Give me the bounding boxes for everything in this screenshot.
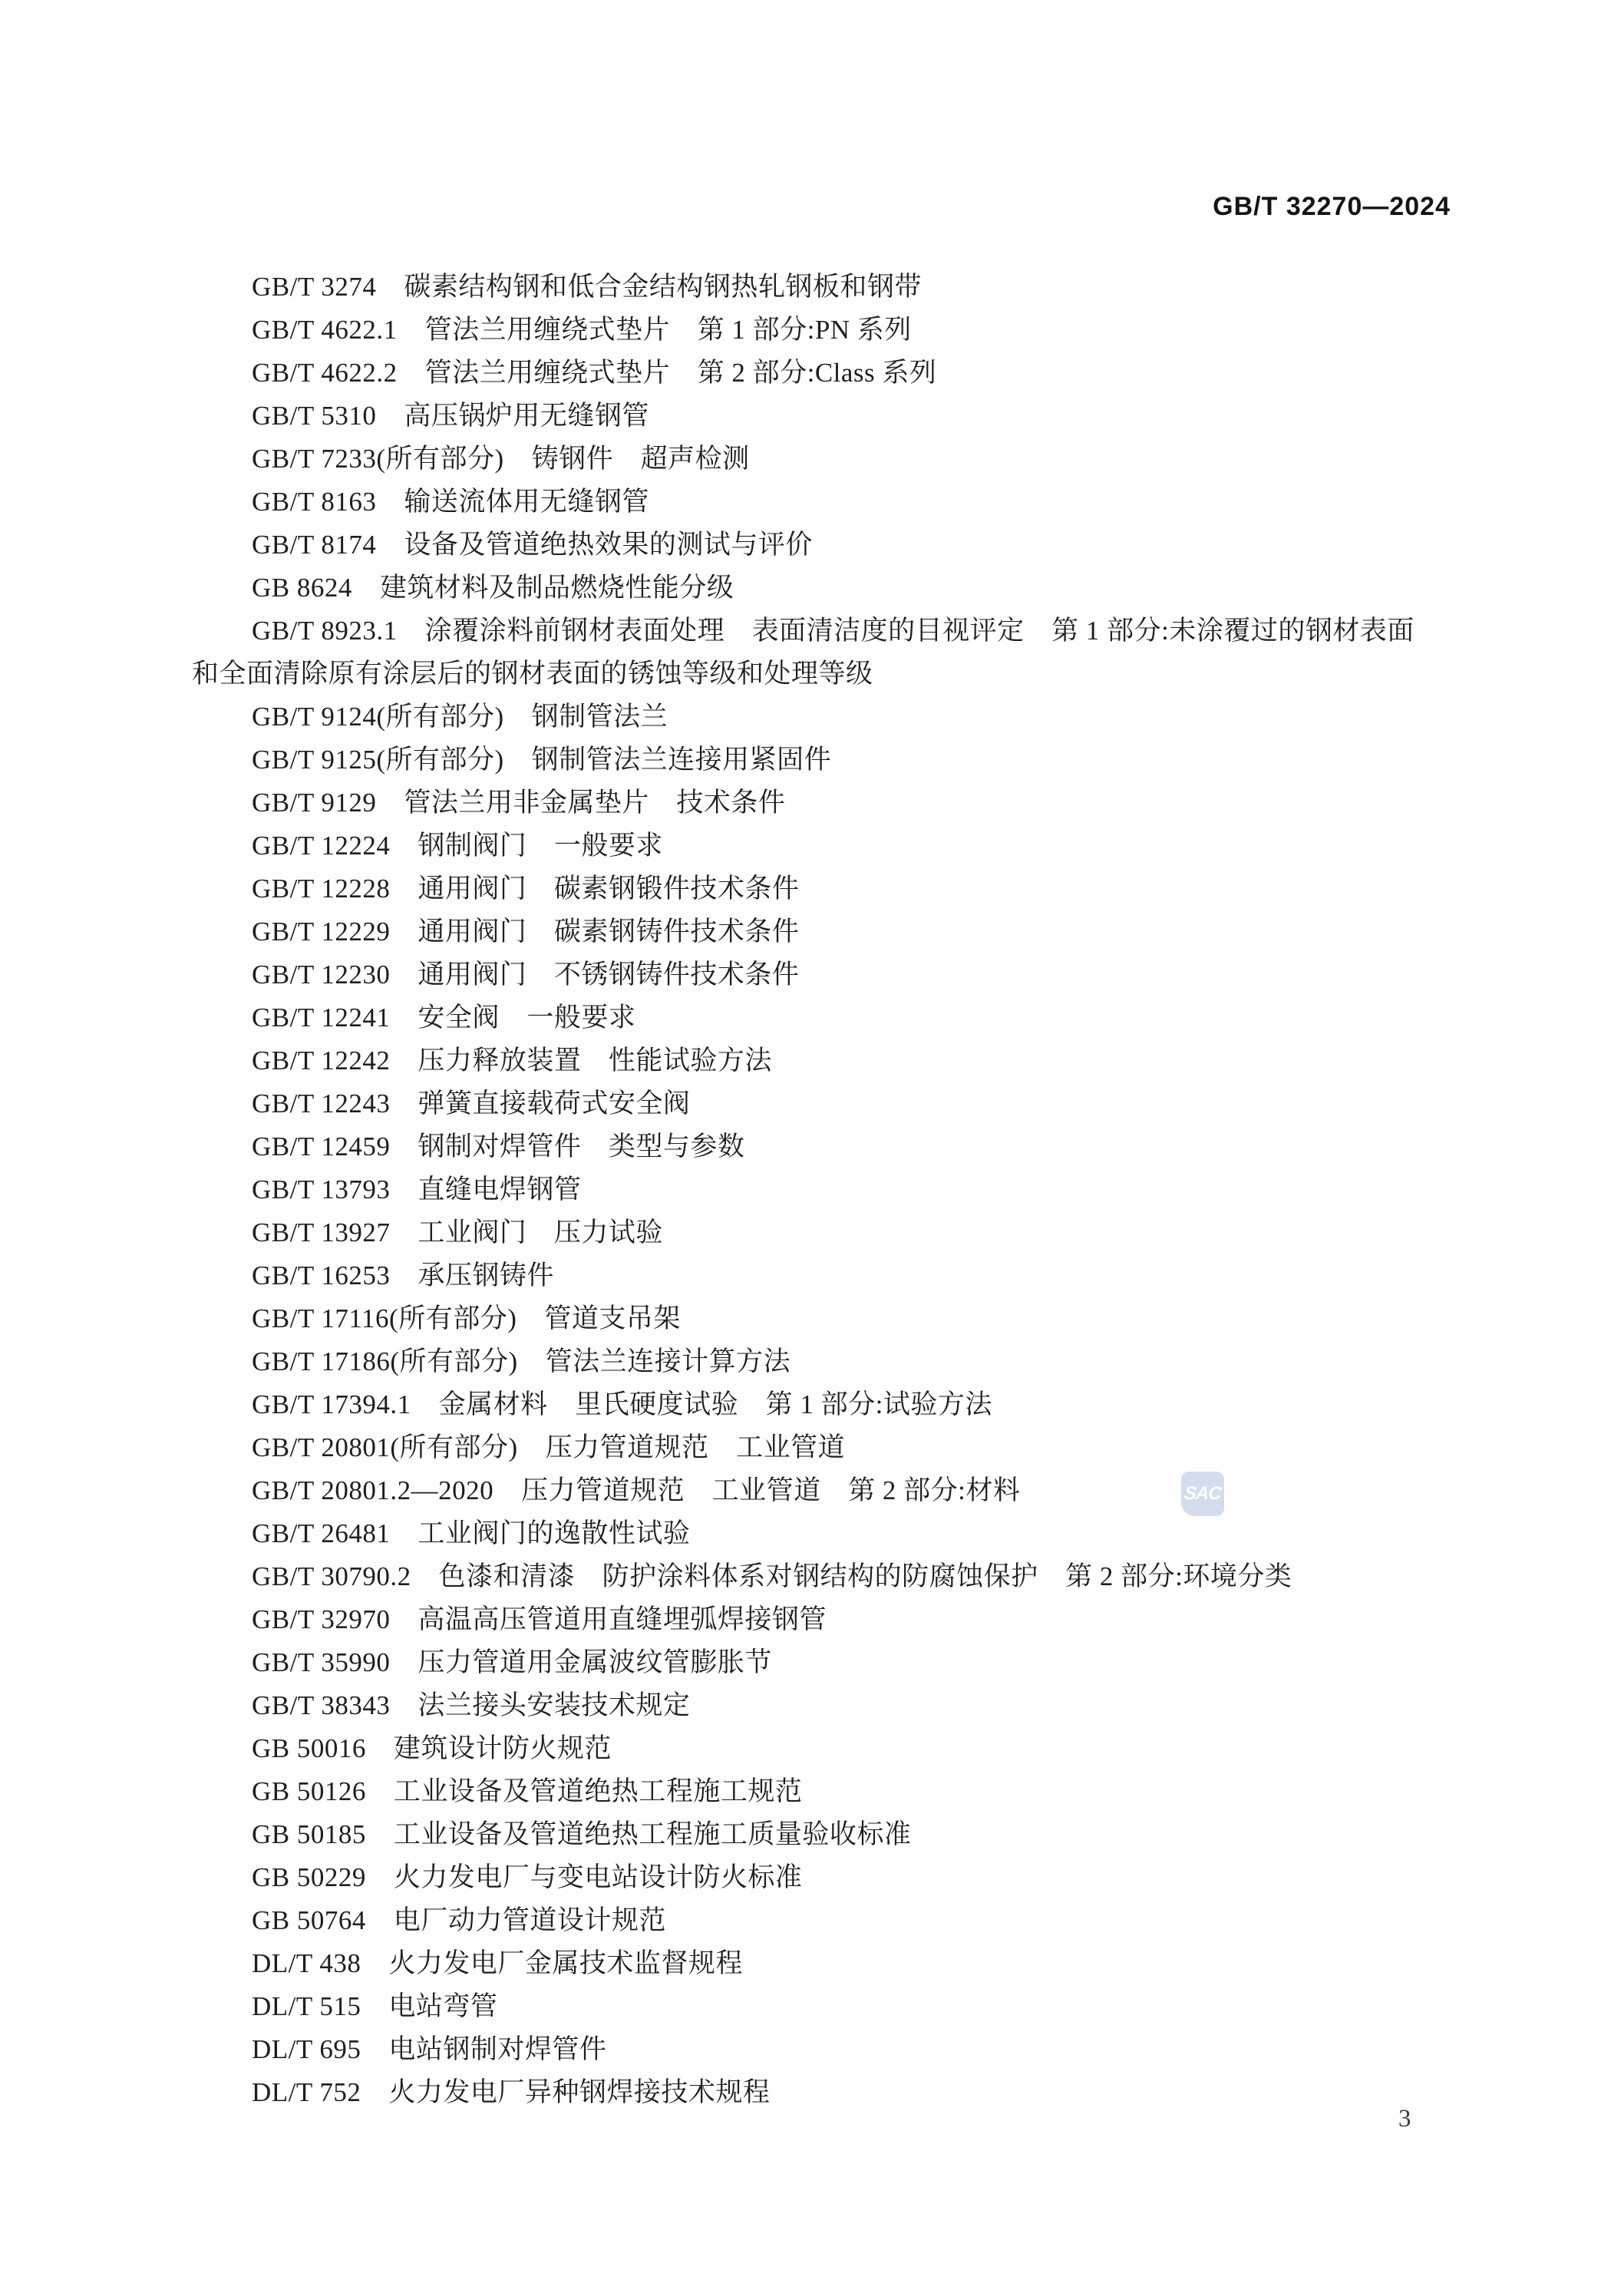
- reference-code: GB/T 9129: [252, 788, 376, 818]
- reference-code: GB/T 12459: [252, 1132, 390, 1161]
- reference-title: 电站弯管: [361, 1991, 497, 2021]
- reference-item: GB/T 9124(所有部分)钢制管法兰: [192, 695, 1437, 738]
- reference-title: 高温高压管道用直缝埋弧焊接钢管: [390, 1604, 827, 1634]
- reference-code: GB/T 12229: [252, 917, 390, 947]
- reference-item: GB/T 9129管法兰用非金属垫片 技术条件: [192, 781, 1437, 824]
- reference-item: GB/T 16253承压钢铸件: [192, 1254, 1437, 1297]
- reference-code: DL/T 438: [252, 1948, 361, 1978]
- reference-title: 电厂动力管道设计规范: [366, 1905, 666, 1935]
- reference-item: GB/T 12224钢制阀门 一般要求: [192, 824, 1437, 867]
- reference-title: 工业设备及管道绝热工程施工规范: [366, 1776, 803, 1806]
- reference-item: GB/T 13793直缝电焊钢管: [192, 1168, 1437, 1211]
- reference-item: GB 50126工业设备及管道绝热工程施工规范: [192, 1770, 1437, 1813]
- reference-item: DL/T 515电站弯管: [192, 1985, 1437, 2028]
- reference-code: GB/T 17116(所有部分): [252, 1303, 517, 1333]
- reference-item: GB 50016建筑设计防火规范: [192, 1727, 1437, 1770]
- reference-item: DL/T 438火力发电厂金属技术监督规程: [192, 1942, 1437, 1985]
- reference-title: 火力发电厂异种钢焊接技术规程: [361, 2077, 770, 2107]
- reference-item: GB/T 12242压力释放装置 性能试验方法: [192, 1039, 1437, 1082]
- reference-code: GB/T 9125(所有部分): [252, 745, 504, 775]
- reference-code: GB/T 4622.2: [252, 358, 398, 388]
- reference-title: 直缝电焊钢管: [390, 1175, 581, 1204]
- reference-title: 通用阀门 不锈钢铸件技术条件: [390, 960, 799, 990]
- reference-code: GB/T 9124(所有部分): [252, 702, 504, 732]
- reference-item: GB/T 12241安全阀 一般要求: [192, 996, 1437, 1039]
- reference-title: 钢制对焊管件 类型与参数: [390, 1132, 744, 1161]
- sac-watermark-label: SAC: [1183, 1483, 1223, 1505]
- standard-number-header: GB/T 32270—2024: [1213, 192, 1451, 222]
- reference-code: GB 50764: [252, 1905, 366, 1935]
- reference-code: GB/T 38343: [252, 1690, 390, 1720]
- reference-title: 金属材料 里氏硬度试验 第 1 部分:试验方法: [411, 1389, 992, 1419]
- reference-item: GB/T 20801.2—2020压力管道规范 工业管道 第 2 部分:材料: [192, 1469, 1437, 1512]
- reference-code: GB/T 12230: [252, 960, 390, 990]
- reference-code: GB/T 20801(所有部分): [252, 1432, 518, 1462]
- reference-title: 管法兰连接计算方法: [518, 1346, 791, 1376]
- reference-code: GB/T 30790.2: [252, 1561, 411, 1591]
- reference-item: GB/T 26481工业阀门的逸散性试验: [192, 1512, 1437, 1555]
- reference-item: GB/T 8923.1涂覆涂料前钢材表面处理 表面清洁度的目视评定 第 1 部分…: [192, 610, 1437, 695]
- document-page: GB/T 32270—2024 GB/T 3274碳素结构钢和低合金结构钢热轧钢…: [0, 0, 1624, 2293]
- reference-item: GB/T 8174设备及管道绝热效果的测试与评价: [192, 524, 1437, 567]
- reference-title: 压力管道规范 工业管道: [518, 1432, 846, 1462]
- reference-code: GB/T 35990: [252, 1647, 390, 1677]
- reference-code: DL/T 515: [252, 1991, 361, 2021]
- reference-title: 工业阀门的逸散性试验: [390, 1518, 690, 1548]
- reference-item: GB/T 12228通用阀门 碳素钢锻件技术条件: [192, 867, 1437, 910]
- reference-code: GB 50126: [252, 1776, 366, 1806]
- reference-title: 压力管道用金属波纹管膨胀节: [390, 1647, 772, 1677]
- reference-title: 压力管道规范 工业管道 第 2 部分:材料: [493, 1475, 1020, 1505]
- reference-item: GB/T 13927工业阀门 压力试验: [192, 1211, 1437, 1254]
- reference-code: GB/T 12242: [252, 1046, 390, 1075]
- reference-item: GB/T 20801(所有部分)压力管道规范 工业管道: [192, 1426, 1437, 1469]
- reference-title: 安全阀 一般要求: [390, 1003, 635, 1033]
- reference-code: GB/T 7233(所有部分): [252, 444, 504, 474]
- reference-code: GB/T 12228: [252, 874, 390, 904]
- reference-title: 管法兰用非金属垫片 技术条件: [376, 788, 785, 818]
- reference-code: GB/T 26481: [252, 1518, 390, 1548]
- reference-title: 电站钢制对焊管件: [361, 2034, 606, 2064]
- reference-code: GB/T 16253: [252, 1260, 390, 1290]
- page-number: 3: [1398, 2105, 1411, 2133]
- reference-title: 铸钢件 超声检测: [504, 444, 750, 474]
- reference-code: GB/T 5310: [252, 401, 376, 431]
- reference-item: GB/T 12459钢制对焊管件 类型与参数: [192, 1125, 1437, 1168]
- reference-item: DL/T 695电站钢制对焊管件: [192, 2028, 1437, 2071]
- reference-item: GB/T 12229通用阀门 碳素钢铸件技术条件: [192, 910, 1437, 953]
- reference-item: GB/T 9125(所有部分)钢制管法兰连接用紧固件: [192, 738, 1437, 781]
- reference-title: 弹簧直接载荷式安全阀: [390, 1089, 690, 1118]
- reference-title: 工业设备及管道绝热工程施工质量验收标准: [366, 1819, 912, 1849]
- reference-title: 高压锅炉用无缝钢管: [376, 401, 649, 431]
- reference-item: GB/T 12230通用阀门 不锈钢铸件技术条件: [192, 953, 1437, 996]
- reference-item: GB/T 38343法兰接头安装技术规定: [192, 1684, 1437, 1727]
- reference-title: 通用阀门 碳素钢铸件技术条件: [390, 917, 799, 947]
- reference-title: 火力发电厂金属技术监督规程: [361, 1948, 743, 1978]
- reference-code: GB/T 12243: [252, 1089, 390, 1118]
- reference-code: GB/T 12224: [252, 831, 390, 861]
- reference-item: DL/T 752火力发电厂异种钢焊接技术规程: [192, 2071, 1437, 2114]
- reference-item: GB/T 17186(所有部分)管法兰连接计算方法: [192, 1340, 1437, 1383]
- reference-code: DL/T 695: [252, 2034, 361, 2064]
- reference-item: GB/T 17394.1金属材料 里氏硬度试验 第 1 部分:试验方法: [192, 1383, 1437, 1426]
- reference-title: 钢制管法兰连接用紧固件: [504, 745, 832, 775]
- reference-title: 管法兰用缠绕式垫片 第 2 部分:Class 系列: [398, 358, 937, 388]
- reference-title: 色漆和清漆 防护涂料体系对钢结构的防腐蚀保护 第 2 部分:环境分类: [411, 1561, 1292, 1591]
- reference-code: GB/T 13927: [252, 1218, 390, 1247]
- reference-code: GB/T 8174: [252, 530, 376, 560]
- reference-title: 承压钢铸件: [390, 1260, 554, 1290]
- reference-title: 管道支吊架: [517, 1303, 681, 1333]
- reference-title: 碳素结构钢和低合金结构钢热轧钢板和钢带: [376, 272, 922, 302]
- reference-code: GB/T 17186(所有部分): [252, 1346, 518, 1376]
- reference-code: DL/T 752: [252, 2077, 361, 2107]
- reference-code: GB/T 32970: [252, 1604, 390, 1634]
- reference-item: GB 50229火力发电厂与变电站设计防火标准: [192, 1856, 1437, 1899]
- reference-title: 建筑设计防火规范: [366, 1733, 612, 1763]
- reference-code: GB 8624: [252, 573, 352, 603]
- reference-item: GB 8624建筑材料及制品燃烧性能分级: [192, 567, 1437, 610]
- sac-watermark: SAC: [1181, 1472, 1224, 1516]
- reference-code: GB/T 13793: [252, 1175, 390, 1204]
- reference-code: GB 50229: [252, 1862, 366, 1892]
- reference-title: 法兰接头安装技术规定: [390, 1690, 690, 1720]
- reference-item: GB/T 4622.1管法兰用缠绕式垫片 第 1 部分:PN 系列: [192, 309, 1437, 352]
- reference-title: 建筑材料及制品燃烧性能分级: [352, 573, 734, 603]
- reference-title: 钢制阀门 一般要求: [390, 831, 663, 861]
- reference-item: GB/T 17116(所有部分)管道支吊架: [192, 1297, 1437, 1340]
- reference-item: GB/T 32970高温高压管道用直缝埋弧焊接钢管: [192, 1598, 1437, 1641]
- reference-title: 压力释放装置 性能试验方法: [390, 1046, 772, 1075]
- reference-item: GB/T 3274碳素结构钢和低合金结构钢热轧钢板和钢带: [192, 266, 1437, 309]
- reference-code: GB/T 3274: [252, 272, 376, 302]
- reference-title: 设备及管道绝热效果的测试与评价: [376, 530, 813, 560]
- reference-code: GB 50016: [252, 1733, 366, 1763]
- reference-item: GB 50185工业设备及管道绝热工程施工质量验收标准: [192, 1813, 1437, 1856]
- reference-item: GB/T 8163输送流体用无缝钢管: [192, 481, 1437, 524]
- reference-item: GB/T 30790.2色漆和清漆 防护涂料体系对钢结构的防腐蚀保护 第 2 部…: [192, 1555, 1437, 1598]
- reference-title: 工业阀门 压力试验: [390, 1218, 663, 1247]
- reference-item: GB/T 5310高压锅炉用无缝钢管: [192, 395, 1437, 438]
- reference-code: GB/T 8923.1: [252, 616, 398, 646]
- reference-code: GB/T 20801.2—2020: [252, 1475, 493, 1505]
- reference-item: GB/T 12243弹簧直接载荷式安全阀: [192, 1082, 1437, 1125]
- reference-code: GB/T 4622.1: [252, 315, 398, 345]
- reference-item: GB/T 4622.2管法兰用缠绕式垫片 第 2 部分:Class 系列: [192, 352, 1437, 395]
- reference-code: GB/T 8163: [252, 487, 376, 517]
- reference-title: 钢制管法兰: [504, 702, 668, 732]
- reference-code: GB 50185: [252, 1819, 366, 1849]
- reference-title: 通用阀门 碳素钢锻件技术条件: [390, 874, 799, 904]
- reference-item: GB/T 7233(所有部分)铸钢件 超声检测: [192, 438, 1437, 481]
- reference-item: GB/T 35990压力管道用金属波纹管膨胀节: [192, 1641, 1437, 1684]
- reference-title: 火力发电厂与变电站设计防火标准: [366, 1862, 803, 1892]
- reference-code: GB/T 12241: [252, 1003, 390, 1033]
- references-list: GB/T 3274碳素结构钢和低合金结构钢热轧钢板和钢带GB/T 4622.1管…: [192, 266, 1437, 2114]
- reference-title: 管法兰用缠绕式垫片 第 1 部分:PN 系列: [398, 315, 912, 345]
- reference-title: 输送流体用无缝钢管: [376, 487, 649, 517]
- reference-item: GB 50764电厂动力管道设计规范: [192, 1899, 1437, 1942]
- reference-code: GB/T 17394.1: [252, 1389, 411, 1419]
